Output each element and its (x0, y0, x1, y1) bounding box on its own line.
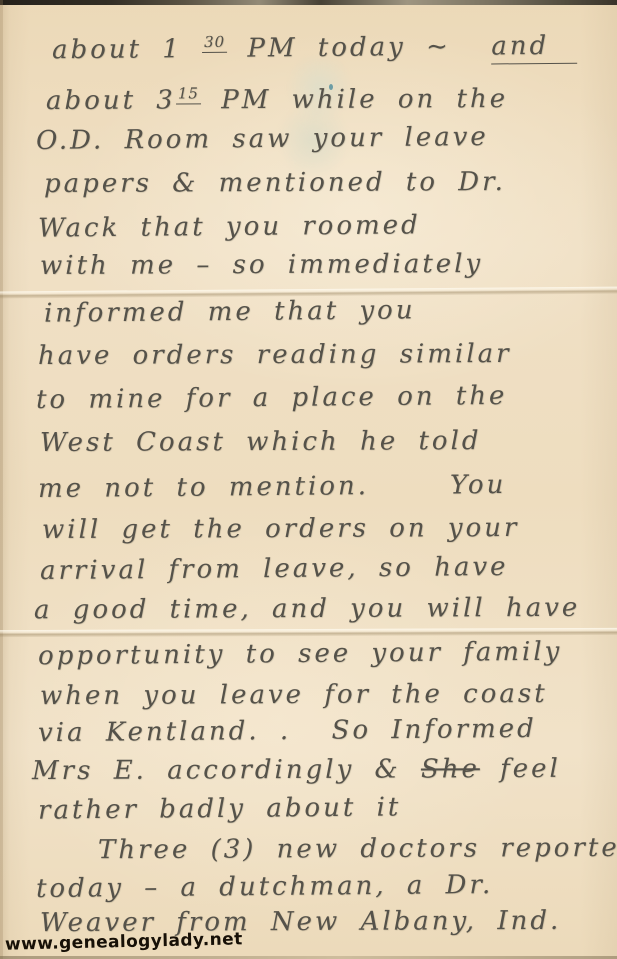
line-1-text: about 1 (52, 34, 202, 65)
scan-edge-top (0, 0, 617, 5)
letter-line-6: with me – so immediately (40, 247, 483, 283)
letter-line-5: Wack that you roomed (38, 208, 421, 245)
letter-line-2: about 315 PM while on the (46, 75, 508, 118)
superscript-minutes: 30 (202, 33, 227, 53)
letter-line-9: to mine for a place on the (36, 379, 508, 417)
letter-line-16: when you leave for the coast (40, 677, 548, 713)
letter-line-3: O.D. Room saw your leave (36, 120, 489, 158)
letter-line-4: papers & mentioned to Dr. (44, 165, 506, 201)
letter-line-1: about 1 30 PM today ~ and (52, 22, 578, 68)
scan-edge-left (0, 0, 3, 959)
line-2-text: about 3 (46, 85, 176, 116)
letter-line-7: informed me that you (44, 293, 416, 330)
letter-line-20: Three (3) new doctors reported (98, 831, 617, 867)
line-18-text: feel (480, 754, 561, 784)
letter-line-8: have orders reading similar (38, 337, 512, 373)
letter-line-19: rather badly about it (38, 790, 402, 827)
letter-line-11: me not to mention. You (38, 468, 507, 506)
struck-word: She (421, 754, 480, 784)
letter-line-12: will get the orders on your (42, 511, 520, 547)
line-18-text: Mrs E. accordingly & (32, 754, 421, 786)
superscript-minutes: 15 (176, 84, 201, 104)
line-2-text: PM while on the (201, 84, 508, 115)
letter-line-15: opportunity to see your family (38, 635, 563, 674)
letter-scan-page: about 1 30 PM today ~ and about 315 PM w… (0, 0, 617, 959)
letter-line-10: West Coast which he told (40, 424, 482, 460)
letter-line-21: today – a dutchman, a Dr. (36, 868, 494, 906)
letter-line-18: Mrs E. accordingly & She feel (32, 752, 561, 788)
letter-line-13: arrival from leave, so have (40, 550, 509, 588)
letter-line-17: via Kentland. . So Informed (38, 712, 537, 750)
letter-line-14: a good time, and you will have (34, 591, 580, 627)
underlined-word: and (491, 31, 577, 65)
watermark: www.genealogylady.net (5, 929, 243, 954)
line-1-text: PM today ~ (227, 31, 491, 63)
